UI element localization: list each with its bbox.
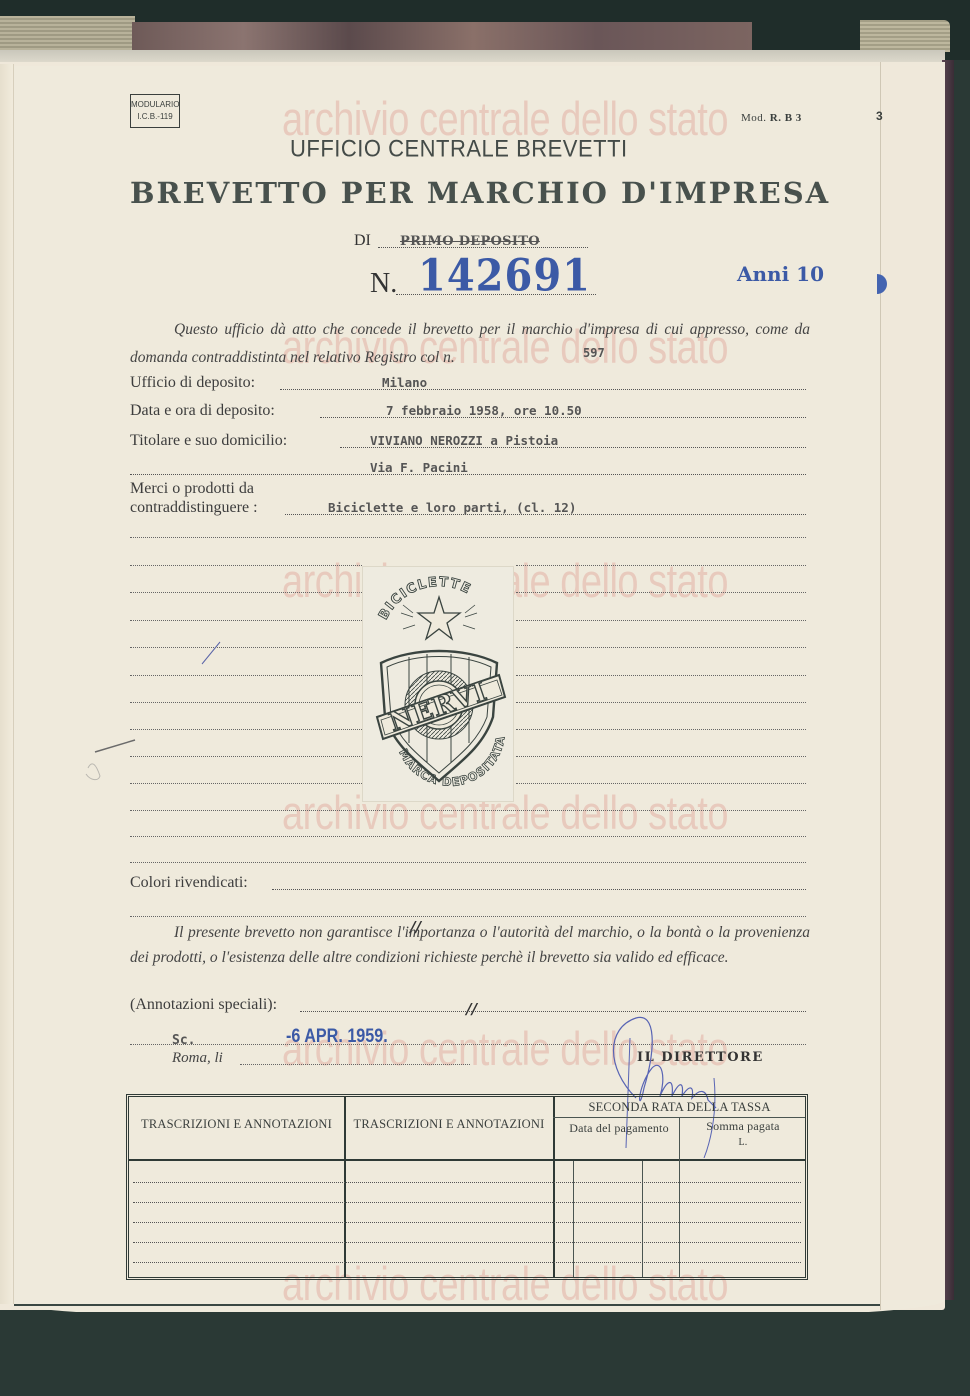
table-row xyxy=(133,1222,801,1223)
field-value: Biciclette e loro parti, (cl. 12) xyxy=(328,500,576,515)
dotted-line xyxy=(272,889,806,890)
column-header-trascrizioni-1: TRASCRIZIONI E ANNOTAZIONI xyxy=(129,1117,344,1132)
table-row xyxy=(133,1262,801,1263)
sc-label: Sc. xyxy=(172,1033,195,1048)
column-header-somma-pagata: Somma pagata xyxy=(681,1119,805,1134)
disclaimer-paragraph: Il presente brevetto non garantisce l'im… xyxy=(130,920,810,970)
field-label: Titolare e suo domicilio: xyxy=(130,432,287,450)
place-label: Roma, li xyxy=(172,1050,223,1067)
field-label: Ufficio di deposito: xyxy=(130,374,255,392)
dotted-line xyxy=(130,836,806,837)
dotted-line xyxy=(130,729,362,730)
table-row xyxy=(133,1182,801,1183)
dotted-line xyxy=(130,592,362,593)
table-row xyxy=(133,1202,801,1203)
column-header-trascrizioni-2: TRASCRIZIONI E ANNOTAZIONI xyxy=(345,1117,553,1132)
field-label: contraddistinguere : xyxy=(130,499,258,517)
dotted-line xyxy=(280,389,806,390)
field-label: Data e ora di deposito: xyxy=(130,402,275,420)
dotted-line xyxy=(130,702,362,703)
column-divider xyxy=(679,1117,680,1277)
dotted-line xyxy=(130,756,362,757)
trademark-logo: BICICLETTE NERVI MARCA DEPOSITATA xyxy=(362,566,514,802)
binding-tape-right xyxy=(860,20,950,52)
dotted-line xyxy=(130,474,806,475)
pen-mark xyxy=(200,638,240,668)
column-header-data-pagamento: Data del pagamento xyxy=(569,1121,669,1136)
form-code-line2: I.C.B.-119 xyxy=(131,111,179,123)
field-value: Milano xyxy=(382,375,427,390)
book-cover-bottom xyxy=(0,1312,970,1396)
field-data-deposito: Data e ora di deposito: 7 febbraio 1958,… xyxy=(130,398,806,422)
dotted-line xyxy=(516,592,806,593)
dotted-line xyxy=(516,783,806,784)
nervi-shield-icon: BICICLETTE NERVI MARCA DEPOSITATA xyxy=(363,567,515,803)
dotted-line xyxy=(516,647,806,648)
binding-gutter xyxy=(0,64,14,1304)
binding-tape-left xyxy=(0,16,135,54)
column-divider xyxy=(553,1097,555,1277)
field-value: // xyxy=(466,1000,477,1018)
intro-paragraph: Questo ufficio dà atto che concede il br… xyxy=(130,316,810,372)
marbled-page-edge xyxy=(132,22,752,52)
table-header-rule xyxy=(129,1159,805,1161)
dotted-line xyxy=(240,1064,470,1065)
office-title: UFFICIO CENTRALE BREVETTI xyxy=(290,135,628,164)
form-code-box: MODULARIO I.C.B.-119 xyxy=(130,94,180,128)
dotted-line xyxy=(516,729,806,730)
group-header-rule xyxy=(553,1117,805,1118)
field-label: Colori rivendicati: xyxy=(130,874,248,892)
dotted-line xyxy=(516,675,806,676)
dotted-line xyxy=(516,620,806,621)
deposit-type-value: PRIMO DEPOSITO xyxy=(400,234,540,249)
page-fold-line xyxy=(880,62,881,1310)
dotted-line xyxy=(130,675,362,676)
field-colori: Colori rivendicati: xyxy=(130,870,806,894)
dotted-line xyxy=(516,702,806,703)
field-value: 7 febbraio 1958, ore 10.50 xyxy=(386,403,582,418)
register-table: TRASCRIZIONI E ANNOTAZIONI TRASCRIZIONI … xyxy=(126,1094,808,1280)
patent-number-stamp: 142691 xyxy=(418,250,591,302)
dotted-line xyxy=(130,810,806,811)
field-merci: contraddistinguere : Biciclette e loro p… xyxy=(130,495,806,519)
dotted-line xyxy=(130,862,806,863)
field-titolare: Titolare e suo domicilio: VIVIANO NEROZZ… xyxy=(130,428,806,452)
field-ufficio-deposito: Ufficio di deposito: Milano xyxy=(130,370,806,394)
page-number: 3 xyxy=(876,109,883,123)
document-title: BREVETTO PER MARCHIO D'IMPRESA xyxy=(130,176,830,210)
field-label: (Annotazioni speciali): xyxy=(130,996,277,1014)
form-model-prefix: Mod. xyxy=(741,112,767,124)
dotted-line xyxy=(130,537,806,538)
field-value: VIVIANO NEROZZI a Pistoia xyxy=(370,433,558,448)
column-header-seconda-rata: SECONDA RATA DELLA TASSA xyxy=(554,1100,805,1115)
form-code-line1: MODULARIO xyxy=(131,99,179,111)
dotted-line xyxy=(130,565,362,566)
registro-number: 597 xyxy=(583,346,605,360)
currency-label: L. xyxy=(681,1135,805,1150)
column-divider xyxy=(642,1161,643,1277)
form-model-code: R. B 3 xyxy=(770,112,802,124)
form-model: Mod. R. B 3 xyxy=(741,112,802,124)
dotted-line xyxy=(130,647,362,648)
field-value: Via F. Pacini xyxy=(370,460,468,475)
issue-date-stamp: -6 APR. 1959. xyxy=(286,1026,388,1048)
dotted-line xyxy=(130,783,362,784)
pencil-mark xyxy=(60,730,150,790)
column-divider xyxy=(573,1161,574,1277)
table-row xyxy=(133,1242,801,1243)
dotted-line xyxy=(516,756,806,757)
duration-stamp: Anni 10 xyxy=(737,262,824,286)
di-label: DI xyxy=(354,232,371,250)
dotted-line xyxy=(130,916,806,917)
number-label: N. xyxy=(370,268,397,300)
dotted-line xyxy=(516,565,806,566)
dotted-line xyxy=(130,620,362,621)
